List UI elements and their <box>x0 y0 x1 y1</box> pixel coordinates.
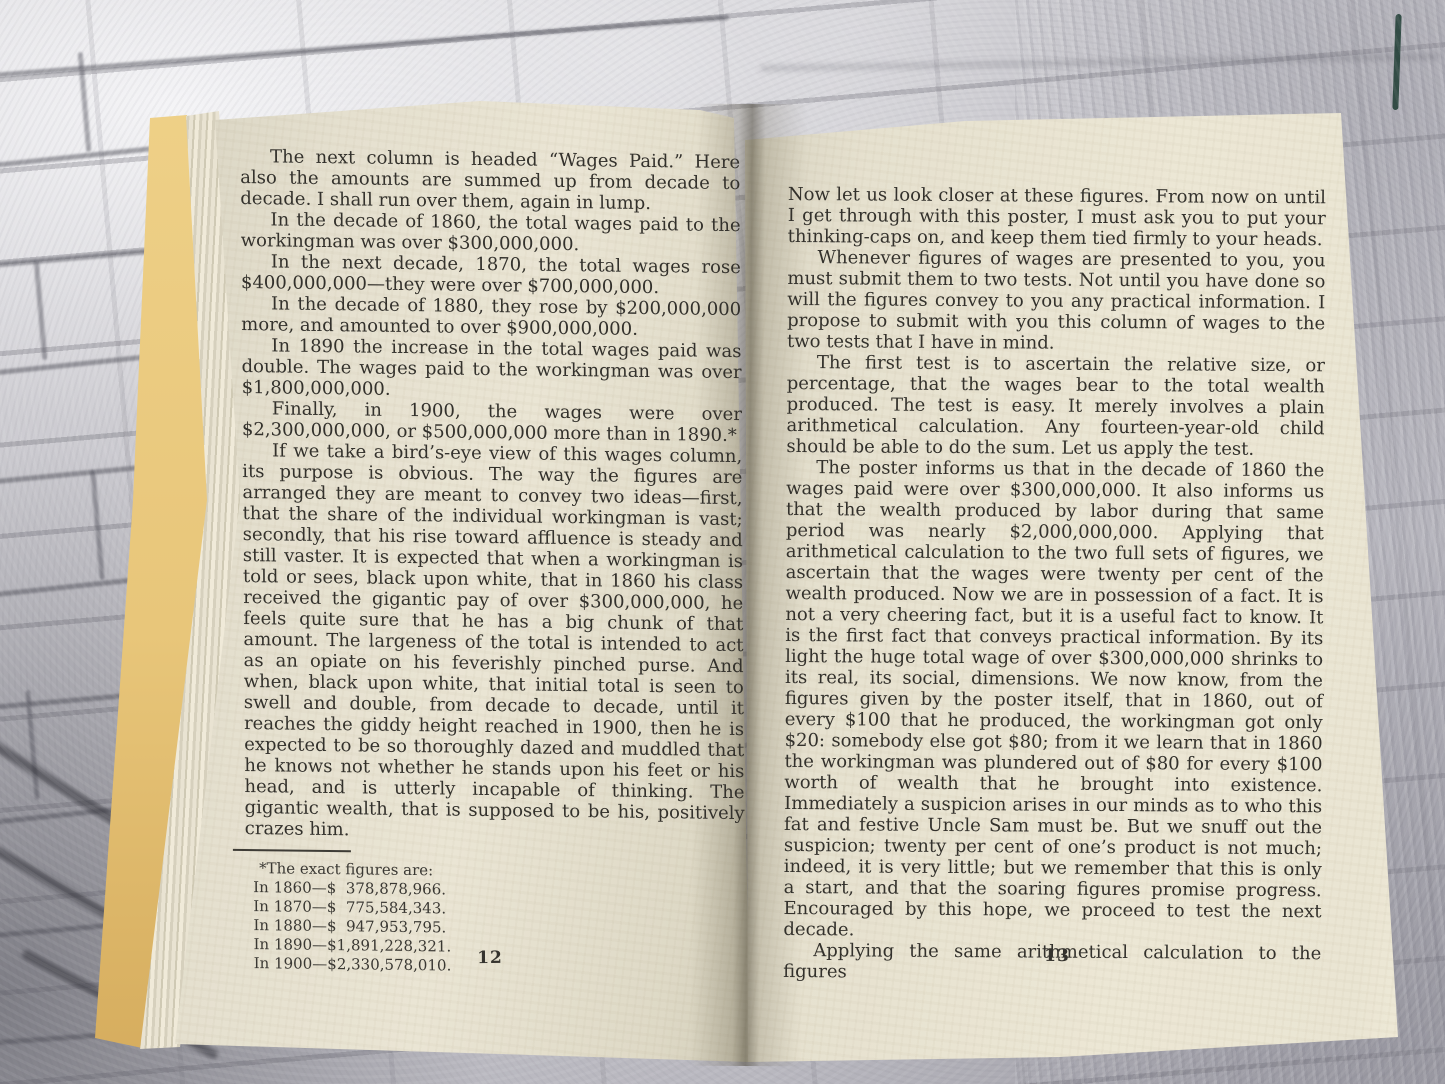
left-page-text: The next column is headed “Wages Paid.” … <box>240 146 746 979</box>
photo-of-open-book: The next column is headed “Wages Paid.” … <box>0 0 1445 1084</box>
open-book: The next column is headed “Wages Paid.” … <box>0 0 1445 1084</box>
left-page-number: 12 <box>240 946 740 969</box>
paragraph: In the decade of 1860, the total wages p… <box>240 209 740 257</box>
paragraph: Whenever figures of wages are presented … <box>787 247 1326 355</box>
paragraph: In the next decade, 1870, the total wage… <box>241 251 741 299</box>
paragraph: If we take a bird’s-eye view of this wag… <box>242 440 745 845</box>
right-page-number: 13 <box>788 944 1326 967</box>
paragraph: In 1890 the increase in the total wages … <box>241 335 741 404</box>
paragraph: The first test is to ascertain the relat… <box>786 352 1325 460</box>
right-page-text: Now let us look closer at these figures.… <box>783 184 1326 985</box>
paragraph: The next column is headed “Wages Paid.” … <box>240 146 740 215</box>
paragraph: In the decade of 1880, they rose by $200… <box>241 293 741 341</box>
paragraph: Finally, in 1900, the wages were over $2… <box>242 398 742 446</box>
footnote-rule <box>233 849 351 852</box>
paragraph: Now let us look closer at these figures.… <box>788 184 1326 250</box>
paragraph: The poster informs us that in the decade… <box>783 457 1324 943</box>
